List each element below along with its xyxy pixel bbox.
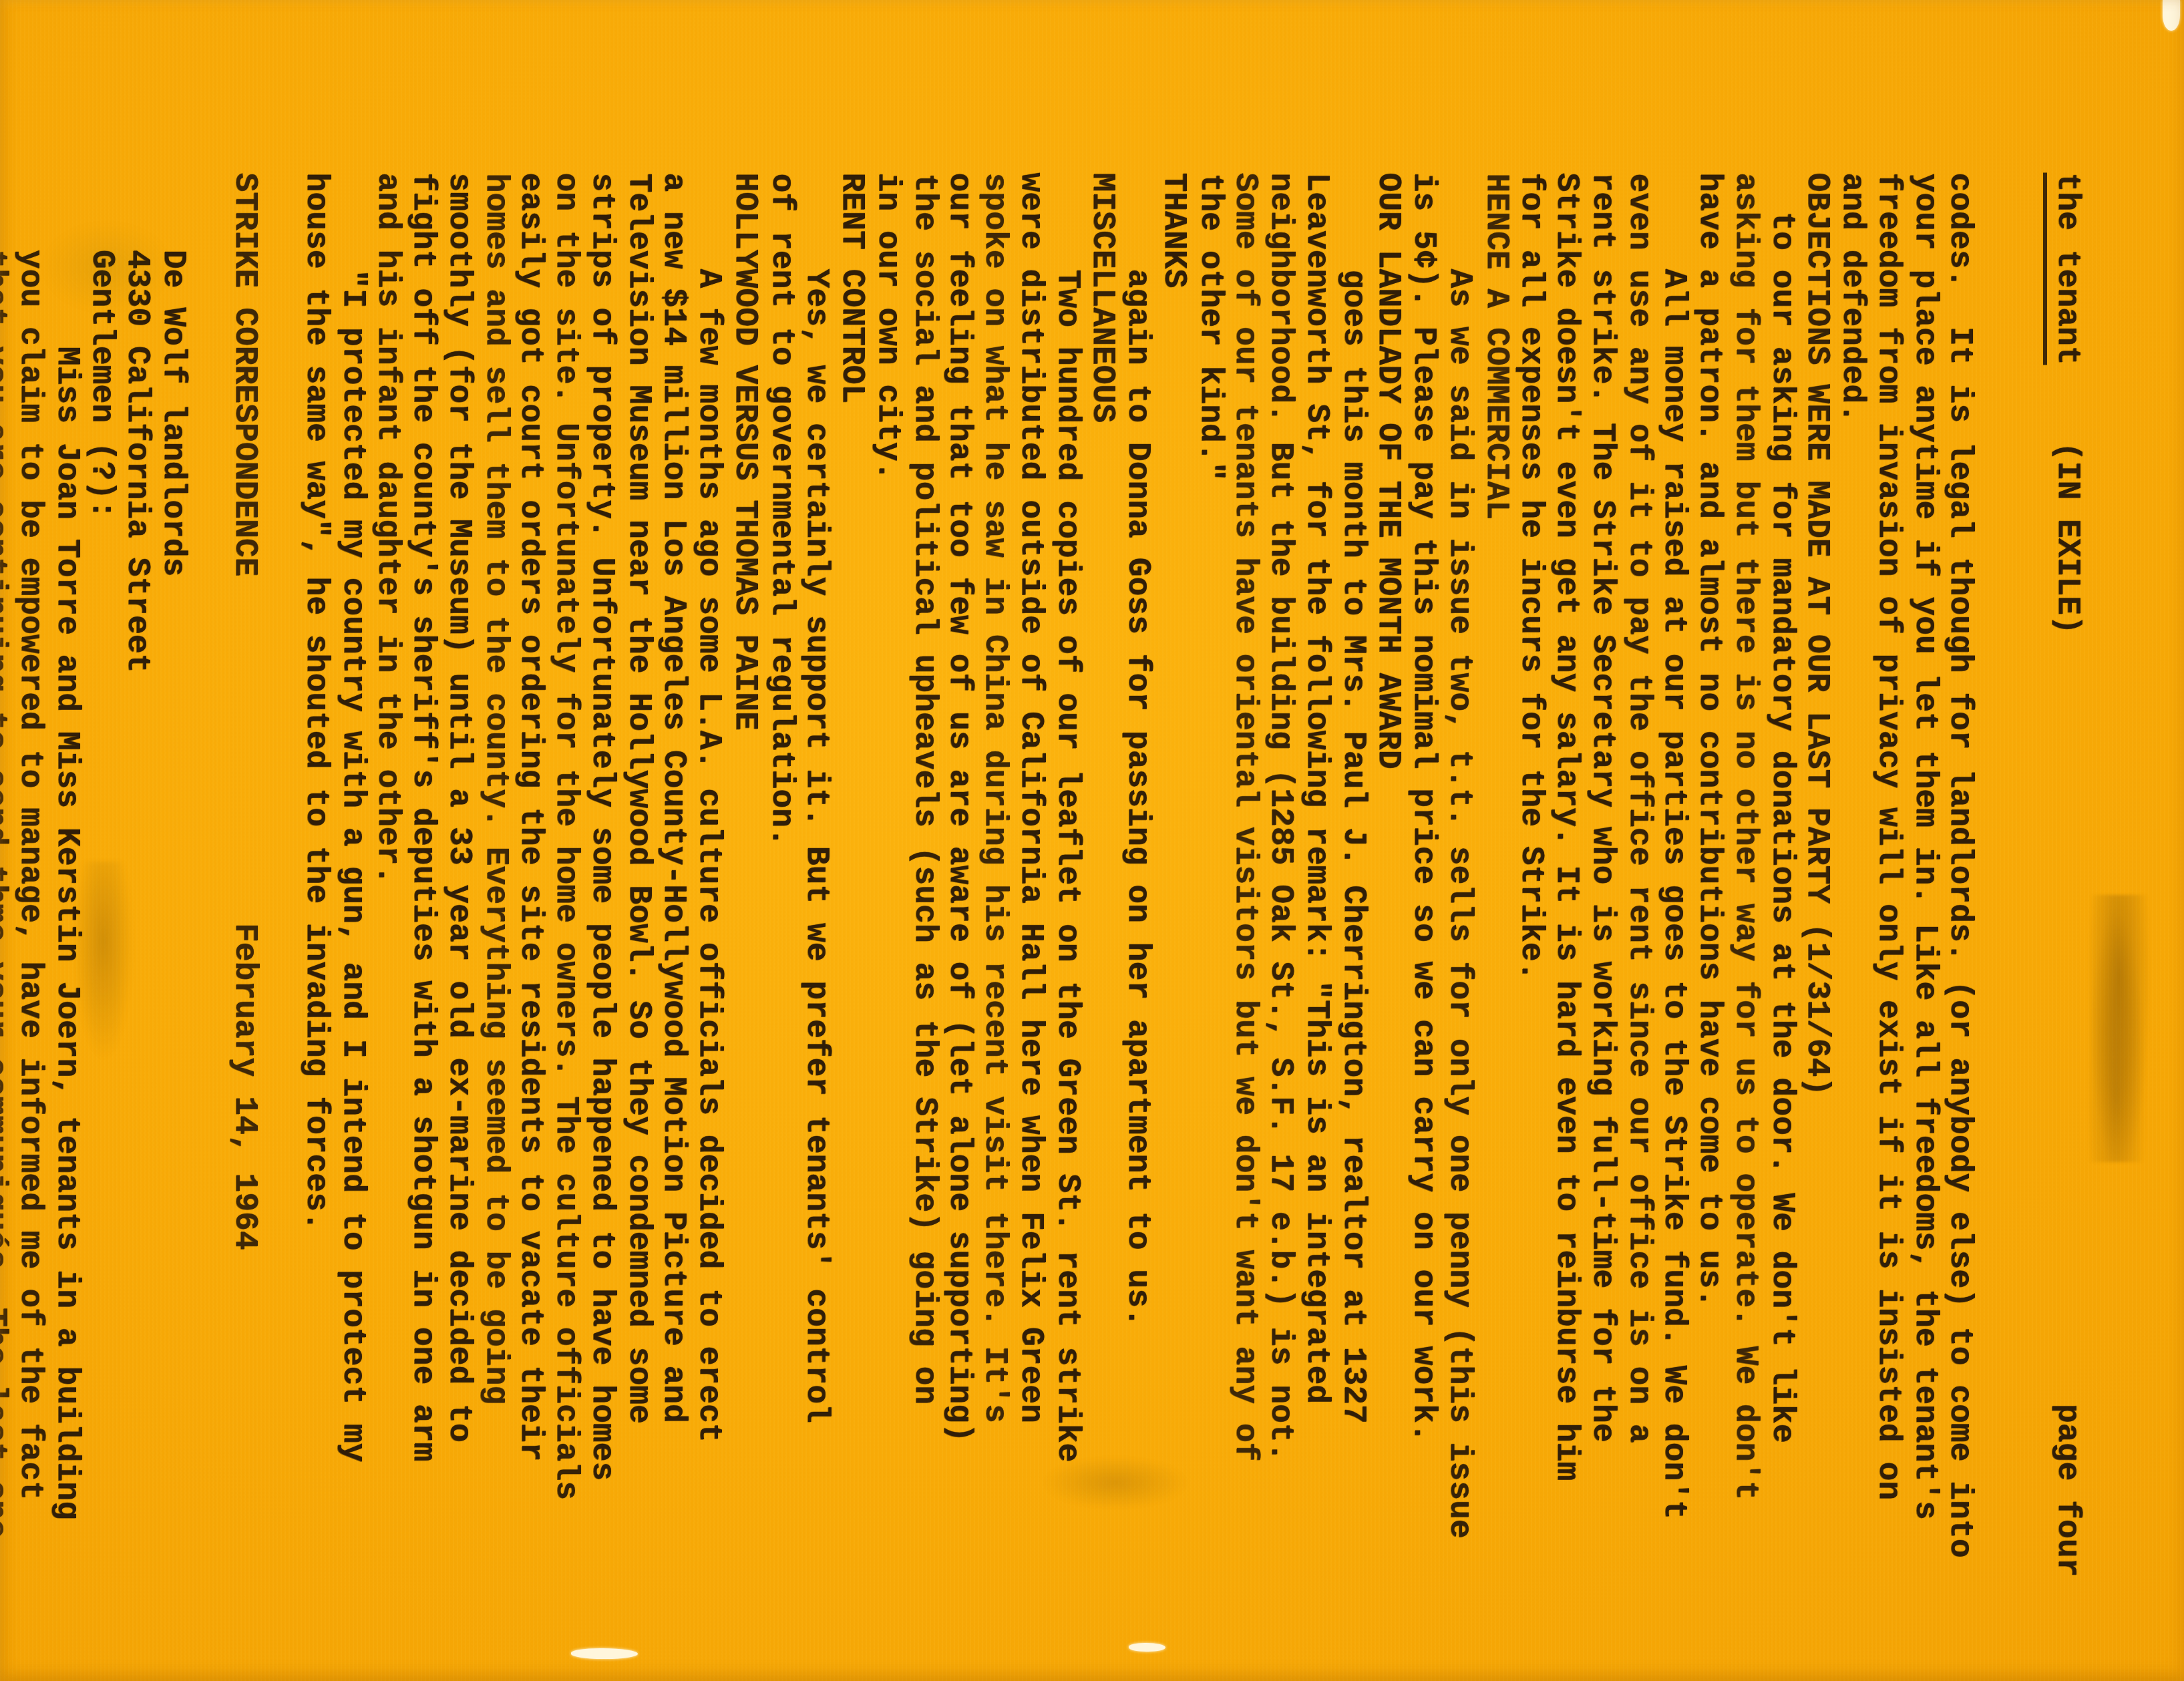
document-line: Miss Joan Torre and Miss Kerstin Joern, …: [49, 173, 85, 1681]
document-line: All money raised at our parties goes to …: [1656, 172, 1692, 1681]
document-line: your place anytime if you let them in. L…: [1907, 173, 1943, 1681]
masthead-line: the tenant (IN EXILE) page four: [2049, 172, 2085, 1681]
document-line: codes. It is legal though for landlords.…: [1942, 172, 1978, 1681]
document-line: again to Donna Goss for passing on her a…: [1119, 172, 1155, 1681]
document-line: neighborhood. But the building (1285 Oak…: [1262, 172, 1298, 1681]
document-line: [192, 173, 228, 1681]
document-line: As we said in issue two, t.t. sells for …: [1441, 172, 1477, 1681]
document-line: that you are continuing to send thme you…: [0, 172, 11, 1681]
document-line: STRIKE CORRESPONDENCE February 14, 1964: [226, 172, 262, 1681]
document-page: the tenant (IN EXILE) page four codes. I…: [0, 0, 2184, 1681]
document-line: A few months ago some L.A. culture offic…: [691, 172, 727, 1681]
document-line: our feeling that too few of us are aware…: [941, 172, 977, 1681]
document-line: OUR LANDLADY OF THE MONTH AWARD: [1370, 172, 1406, 1681]
document-line: spoke on what he saw in China during his…: [976, 172, 1013, 1681]
document-line: and his infant daughter in the other.: [369, 172, 405, 1681]
page-number: page four: [2049, 1404, 2085, 1577]
document-line: MISCELLANEOUS: [1084, 172, 1120, 1681]
document-line: THANKS: [1155, 172, 1192, 1681]
document-lines: codes. It is legal though for landlords.…: [0, 172, 1978, 1681]
document-line: OBJECTIONS WERE MADE AT OUR LAST PARTY (…: [1799, 172, 1835, 1681]
document-line: to our asking for mandatory donations at…: [1764, 173, 1800, 1681]
document-line: rent strike. The Strike Secretary who is…: [1584, 172, 1620, 1681]
document-line: 4330 California Street: [119, 172, 155, 1681]
document-line: easily got court orders ordering the sit…: [512, 172, 548, 1681]
masthead-pad: [2049, 634, 2085, 1403]
document-line: smoothly (for the Museum) until a 33 yea…: [441, 172, 477, 1681]
document-line: Yes, we certainly support it. But we pre…: [798, 172, 834, 1681]
document-line: Gentlemen (?):: [83, 172, 120, 1681]
document-line: HENCE A COMMERCIAL: [1478, 173, 1514, 1681]
document-line: Television Museum near the Hollywood Bow…: [620, 173, 657, 1681]
document-line: Some of our tenants have oriental visito…: [1227, 172, 1263, 1681]
document-line: fight off the county's sheriff's deputie…: [405, 172, 441, 1681]
document-text: the tenant (IN EXILE) page four codes. I…: [0, 172, 2156, 1681]
document-line: asking for them but there is no other wa…: [1727, 172, 1763, 1681]
document-line: the social and political upheavels (such…: [906, 173, 942, 1681]
document-line: of rent to governmental regulation.: [763, 173, 799, 1681]
document-line: on the site. Unfortunately for the home …: [548, 172, 584, 1681]
document-line: Leavenworth St, for the following remark…: [1298, 172, 1334, 1681]
document-line: have a patron. and almost no contributio…: [1691, 172, 1727, 1681]
document-line: homes and sell them to the county. Every…: [478, 173, 514, 1681]
document-line: HOLLYWOOD VERSUS THOMAS PAINE: [727, 172, 763, 1681]
issue-label: (IN EXILE): [2049, 441, 2085, 634]
document-line: a new $14 million Los Angeles County-Hol…: [655, 172, 691, 1681]
document-line: is 5¢). Please pay this nomimal price so…: [1405, 172, 1441, 1681]
document-line: RENT CONTROL: [834, 172, 870, 1681]
document-line: strips of property. Unfortunately some p…: [584, 172, 620, 1681]
document-line: goes this month to Mrs. Paul J. Cherring…: [1335, 173, 1371, 1681]
document-line: for all expenses he incurs for the Strik…: [1513, 172, 1549, 1681]
document-line: freedom from invasion of privacy will on…: [1870, 172, 1906, 1681]
scanned-newsletter-page: { "colors": { "paper": "#f8aa07", "paper…: [0, 0, 2184, 1681]
masthead-gap: [2049, 365, 2085, 441]
document-line: and defended.: [1834, 172, 1870, 1681]
document-line: house the same way", he shouted to the i…: [298, 172, 334, 1681]
document-line: Strike doesn't even get any salary. It i…: [1548, 172, 1584, 1681]
newsletter-title: the tenant: [2043, 172, 2085, 365]
document-line: you claim to be empowered to manage, hav…: [12, 172, 48, 1681]
document-line: [262, 172, 298, 1681]
document-line: the other kind.": [1192, 173, 1228, 1681]
document-line: in our own city.: [870, 172, 906, 1681]
document-line: were distributed outside of California H…: [1013, 172, 1049, 1681]
document-line: De Wolf landlords: [155, 172, 191, 1681]
document-line: "I protected my country with a gun, and …: [335, 173, 371, 1681]
document-line: even use any of it to pay the office ren…: [1621, 173, 1657, 1681]
document-line: Two hundred copies of our leaflet on the…: [1049, 173, 1085, 1681]
